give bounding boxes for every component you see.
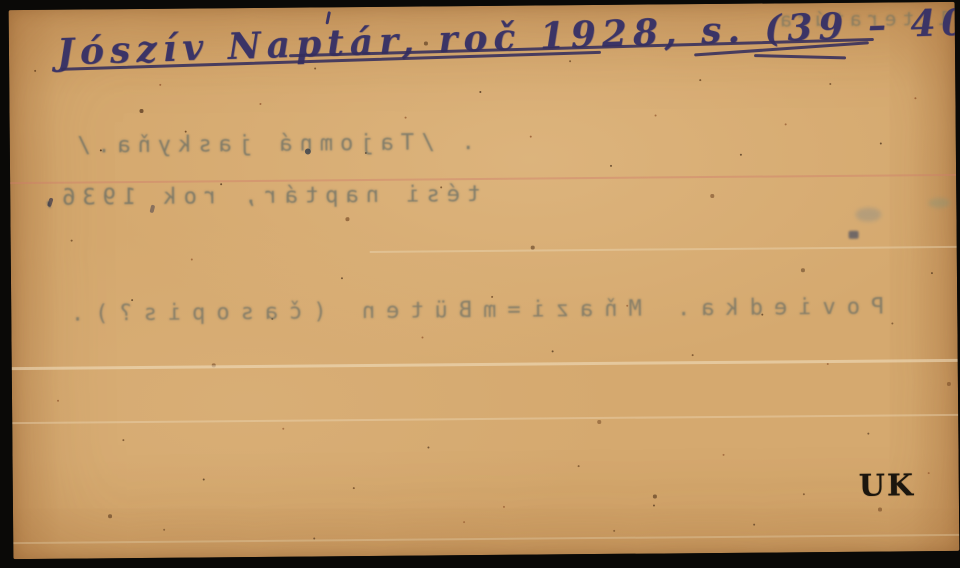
catalog-card: literatúra Jószív Naptár, roč 1928, s. (… [9, 2, 960, 559]
bleedthrough-line-mirrored: Poviedka. Mňazi=mBüten (časopis?). [59, 295, 884, 327]
ink-smudge [928, 198, 950, 208]
crease-line [370, 246, 957, 253]
crease-line [12, 414, 958, 424]
bleedthrough-line-mirrored: tési naptár, rok 1936, [10, 182, 480, 211]
ink-smudge [855, 208, 881, 222]
library-stamp: UK [859, 468, 916, 503]
ruled-line-pink [10, 174, 956, 184]
ink-dot [305, 149, 311, 155]
bleedthrough-line-mirrored: . /Tajomná jaskyňa./ [55, 130, 475, 159]
crease-line [12, 359, 958, 370]
paper-speckles-large [9, 10, 13, 14]
crease-line [13, 534, 959, 544]
scanner-background: literatúra Jószív Naptár, roč 1928, s. (… [0, 0, 960, 568]
ink-smudge [849, 231, 859, 239]
strikethrough-line [754, 54, 846, 59]
ink-mark [149, 205, 155, 214]
